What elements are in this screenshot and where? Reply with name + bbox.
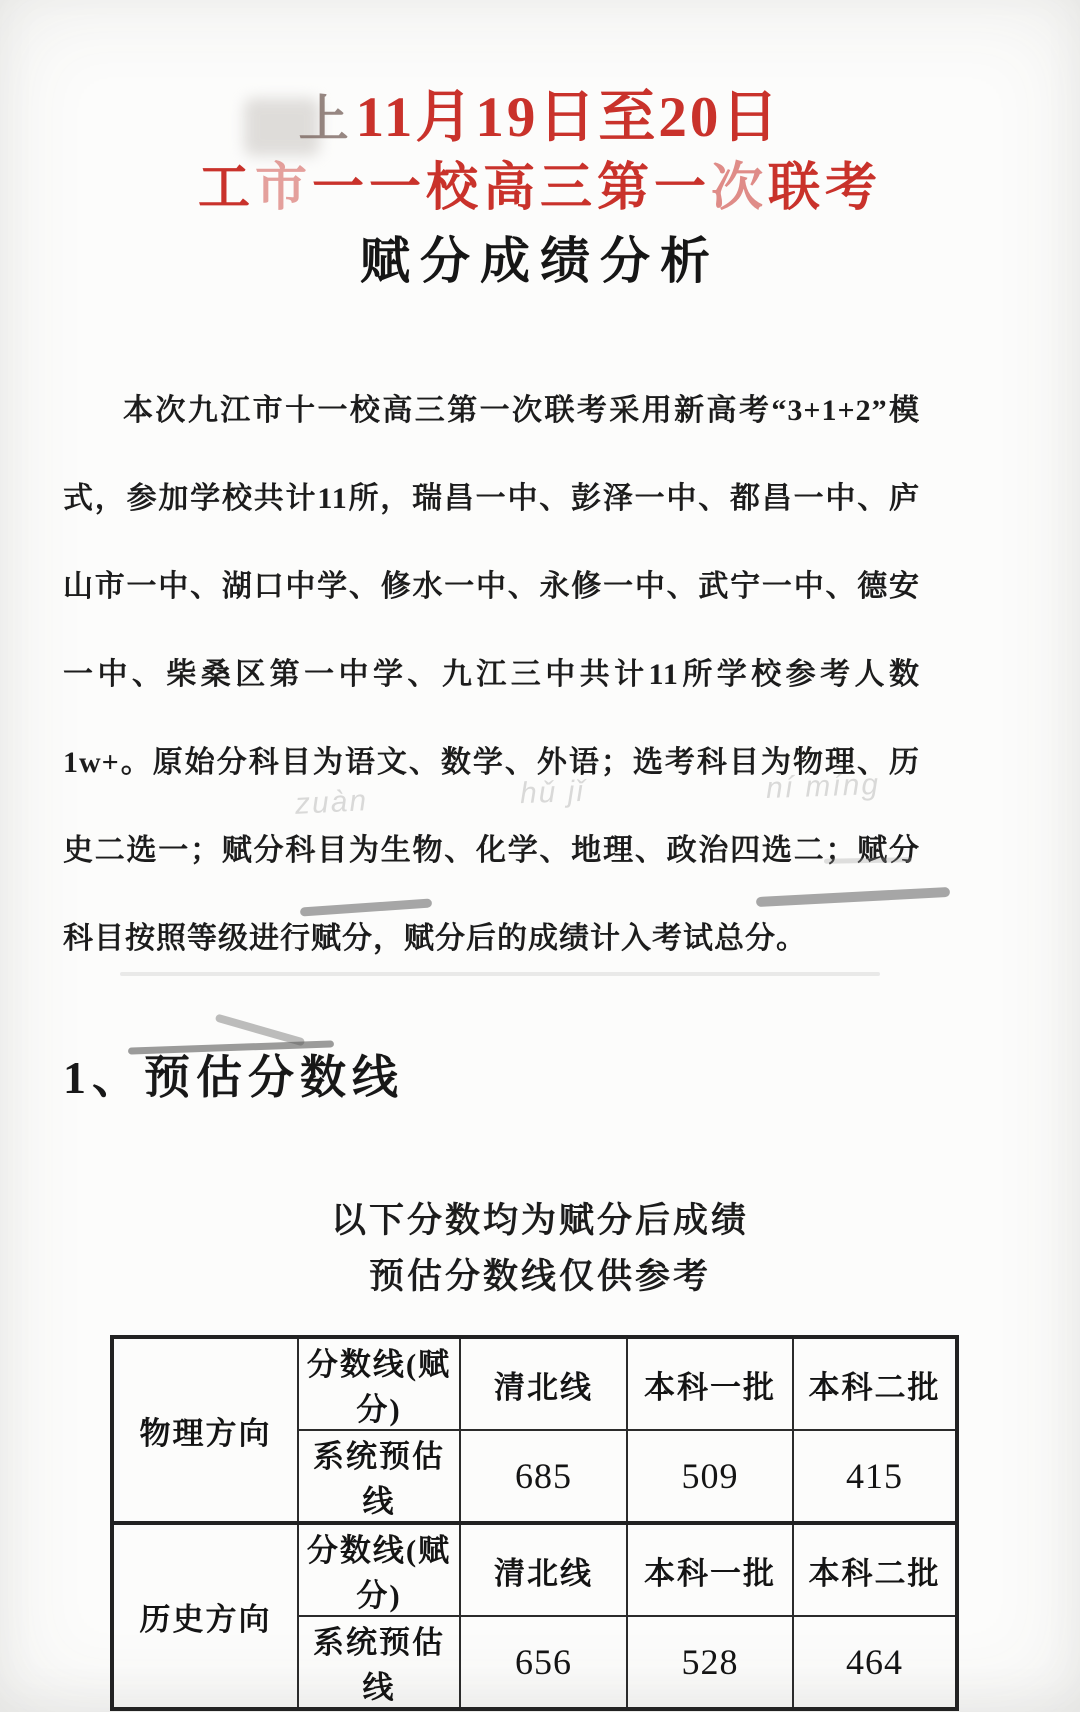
header-cell: 本科二批 <box>793 1337 957 1430</box>
header-cell: 清北线 <box>460 1337 627 1430</box>
table-row: 历史方向 分数线(赋分) 清北线 本科一批 本科二批 <box>112 1523 957 1616</box>
value-cell: 415 <box>793 1430 957 1523</box>
label-cell: 系统预估线 <box>298 1616 460 1709</box>
table-notes: 以下分数均为赋分后成绩 预估分数线仅供参考 <box>0 1193 1080 1305</box>
header-cell: 本科二批 <box>793 1523 957 1616</box>
table-note-secondary: 预估分数线仅供参考 <box>0 1249 1080 1305</box>
header-cell: 分数线(赋分) <box>298 1523 460 1616</box>
title-segment-faded: 市 <box>255 160 312 217</box>
header-cell: 清北线 <box>460 1523 627 1616</box>
intro-paragraph: 本次九江市十一校高三第一次联考采用新高考“3+1+2”模式，参加学校共计11所，… <box>63 367 920 983</box>
value-cell: 464 <box>793 1616 957 1709</box>
table-row: 物理方向 分数线(赋分) 清北线 本科一批 本科二批 <box>112 1337 957 1430</box>
exam-date-text: 11月19日至20日 <box>356 86 782 149</box>
red-title-line1: 上11月19日至20日 <box>0 86 1080 151</box>
header-cell: 本科一批 <box>627 1523 793 1616</box>
red-title-line2: 工市一一校高三第一次联考 <box>0 159 1080 219</box>
title-segment: 工 <box>198 160 255 217</box>
document-page: zuàn hǔ jǐ ní míng 上11月19日至20日 工市一一校高三第一… <box>0 0 1080 1712</box>
section-heading: 1、预估分数线 <box>63 1041 1080 1107</box>
value-cell: 509 <box>627 1430 793 1523</box>
main-title: 赋分成绩分析 <box>0 231 1080 291</box>
direction-cell-history: 历史方向 <box>112 1523 298 1709</box>
header-cell: 本科一批 <box>627 1337 793 1430</box>
value-cell: 656 <box>460 1616 627 1709</box>
label-cell: 系统预估线 <box>298 1430 460 1523</box>
title-segment-faded: 次 <box>711 160 768 217</box>
score-table: 物理方向 分数线(赋分) 清北线 本科一批 本科二批 系统预估线 685 509… <box>110 1335 959 1711</box>
header-cell: 分数线(赋分) <box>298 1337 460 1430</box>
value-cell: 685 <box>460 1430 627 1523</box>
title-segment: 联考 <box>768 160 882 217</box>
direction-cell-physics: 物理方向 <box>112 1337 298 1523</box>
title-segment: 一一校高三第一 <box>312 160 711 217</box>
value-cell: 528 <box>627 1616 793 1709</box>
table-note-primary: 以下分数均为赋分后成绩 <box>0 1193 1080 1249</box>
partially-erased-character: 上 <box>299 91 352 147</box>
